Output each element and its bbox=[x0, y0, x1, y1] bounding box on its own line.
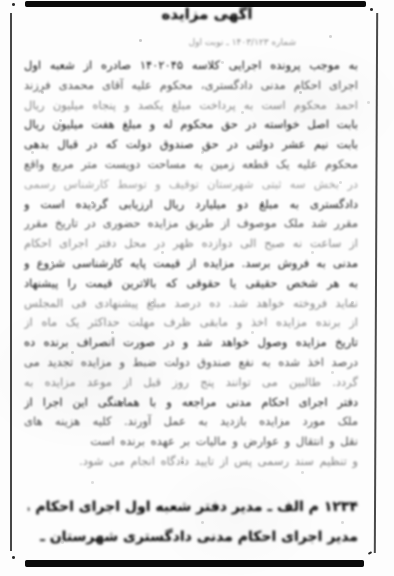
body-line: گردد. طالبین می توانند پنج روز قبل از مو… bbox=[24, 373, 358, 393]
footer-line: ۱۲۳۴ م الف ـ مدیر دفتر شعبه اول اجرای اح… bbox=[28, 492, 358, 522]
body-line: اجرای احکام مدنی دادگستری، محکوم علیه آق… bbox=[24, 76, 358, 96]
scan-noise bbox=[0, 0, 1, 1]
body-line: محکوم علیه یک قطعه زمین به مساحت دویست م… bbox=[24, 155, 358, 175]
body-line: مقرر شد ملک موصوف از طریق مزایده حضوری د… bbox=[24, 214, 358, 234]
body-line: و تنظیم سند رسمی پس از تایید دادگاه انجا… bbox=[24, 452, 358, 472]
body-line: احمد محکوم است به پرداخت مبلغ یکصد و پنج… bbox=[24, 96, 358, 116]
notice-reference-line: شماره ۱۴۰۳/۱۲۳ ـ نوبت اول bbox=[189, 38, 296, 48]
notice-title: آگهی مزایده bbox=[24, 6, 358, 23]
frame-corner-mark bbox=[12, 3, 15, 6]
notice-content: آگهی مزایده شماره ۱۴۰۳/۱۲۳ ـ نوبت اول به… bbox=[24, 4, 358, 23]
scanned-notice-page: آگهی مزایده شماره ۱۴۰۳/۱۲۳ ـ نوبت اول به… bbox=[0, 0, 394, 576]
body-line: دفتر اجرای احکام مدنی مراجعه و با هماهنگ… bbox=[24, 393, 358, 413]
frame-corner-mark bbox=[368, 551, 372, 555]
body-line: ملک مورد مزایده بازدید به عمل آورند. کلی… bbox=[24, 412, 358, 432]
body-line: درصد اخذ شده به نفع صندوق دولت ضبط و مزا… bbox=[24, 353, 358, 373]
frame-left-rule bbox=[10, 13, 12, 551]
frame-bottom-rule bbox=[25, 560, 364, 567]
body-line: از برنده مزایده اخذ و مابقی ظرف مهلت حدا… bbox=[24, 313, 358, 333]
body-line: بابت اصل خواسته در حق محکوم له و مبلغ هف… bbox=[24, 115, 358, 135]
frame-corner-mark bbox=[12, 556, 15, 559]
body-line: تاریخ مزایده وصول خواهد شد و در صورت انص… bbox=[24, 333, 358, 353]
body-line: مدنی به فروش برسد. مزایده از قیمت پایه ک… bbox=[24, 254, 358, 274]
body-line: به هر شخص حقیقی یا حقوقی که بالاترین قیم… bbox=[24, 274, 358, 294]
body-line: از ساعت نه صبح الی دوازده ظهر در محل دفت… bbox=[24, 234, 358, 254]
body-line: بابت نیم عشر دولتی در حق صندوق دولت که د… bbox=[24, 135, 358, 155]
frame-corner-mark bbox=[370, 8, 373, 11]
body-line: در بخش سه ثبتی شهرستان توقیف و توسط کارش… bbox=[24, 175, 358, 195]
body-line: نماید فروخته خواهد شد. ده درصد مبلغ پیشن… bbox=[24, 294, 358, 314]
body-line: نقل و انتقال و عوارض و مالیات بر عهده بر… bbox=[24, 432, 358, 452]
notice-footer: ۱۲۳۴ م الف ـ مدیر دفتر شعبه اول اجرای اح… bbox=[28, 492, 358, 552]
body-line: دادگستری به مبلغ دو میلیارد ریال ارزیابی… bbox=[24, 195, 358, 215]
frame-right-rule bbox=[374, 13, 378, 553]
notice-body: به موجب پرونده اجرایی کلاسه ۱۴۰۲۰۴۵ صادر… bbox=[24, 56, 358, 472]
footer-line: مدیر اجرای احکام مدنی دادگستری شهرستان ـ… bbox=[40, 522, 358, 552]
body-line: به موجب پرونده اجرایی کلاسه ۱۴۰۲۰۴۵ صادر… bbox=[24, 56, 358, 76]
